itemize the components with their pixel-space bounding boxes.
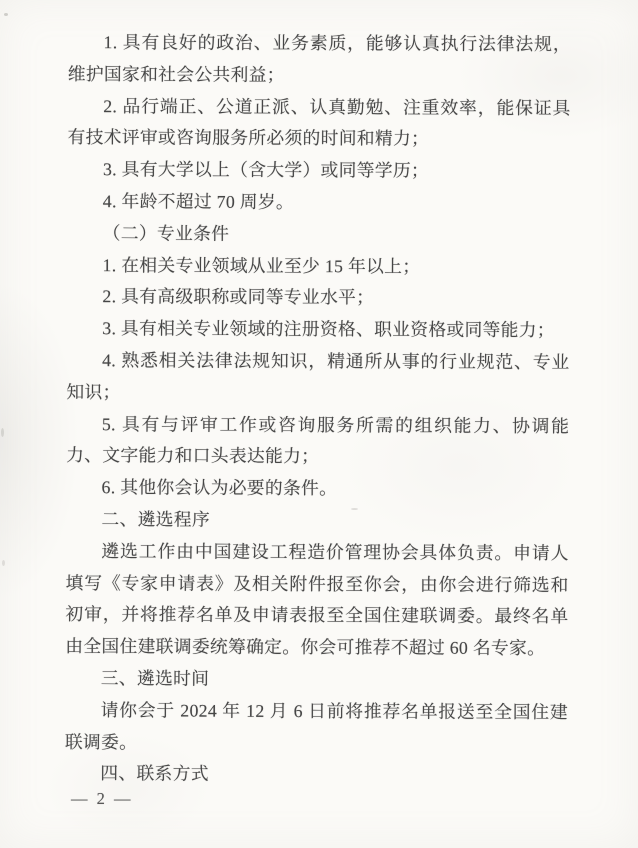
section-heading-selection-time: 三、遴选时间 (65, 663, 568, 697)
scan-speck (4, 13, 8, 16)
scan-speck (2, 560, 5, 566)
list-item-general-2: 2. 品行端正、公道正派、认真勤勉、注重效率，能保证具有技术评审或咨询服务所必须… (67, 91, 570, 157)
section-heading-selection-procedure: 二、遴选程序 (66, 504, 569, 538)
list-item-professional-3: 3. 具有相关专业领域的注册资格、职业资格或同等能力； (67, 313, 570, 347)
scanned-document-page: 1. 具有良好的政治、业务素质，能够认真执行法律法规，维护国家和社会公共利益；2… (0, 0, 638, 848)
document-body: 1. 具有良好的政治、业务素质，能够认真执行法律法规，维护国家和社会公共利益；2… (65, 27, 571, 792)
list-item-professional-2: 2. 具有高级职称或同等专业水平； (67, 281, 570, 315)
section-heading-contact-info: 四、联系方式 (65, 758, 568, 792)
body-paragraph-selection-time: 请你会于 2024 年 12 月 6 日前将推荐名单报送至全国住建联调委。 (65, 695, 568, 761)
scan-speck (1, 428, 4, 437)
list-item-general-4: 4. 年龄不超过 70 周岁。 (67, 186, 570, 220)
page-number: — 2 — (71, 789, 133, 809)
list-item-general-3: 3. 具有大学以上（含大学）或同等学历； (67, 154, 570, 188)
list-item-professional-4: 4. 熟悉相关法律法规知识，精通所从事的行业规范、专业知识； (66, 345, 569, 411)
list-item-general-1: 1. 具有良好的政治、业务素质，能够认真执行法律法规，维护国家和社会公共利益； (68, 27, 571, 93)
sub-heading-professional-conditions: （二）专业条件 (67, 218, 570, 252)
list-item-professional-1: 1. 在相关专业领域从业至少 15 年以上； (67, 250, 570, 284)
body-paragraph-selection-procedure: 遴选工作由中国建设工程造价管理协会具体负责。申请人填写《专家申请表》及相关附件报… (65, 536, 569, 665)
list-item-professional-5: 5. 具有与评审工作或咨询服务所需的组织能力、协调能力、文字能力和口头表达能力； (66, 409, 569, 475)
list-item-professional-6: 6. 其他你会认为必要的条件。 (66, 472, 569, 506)
